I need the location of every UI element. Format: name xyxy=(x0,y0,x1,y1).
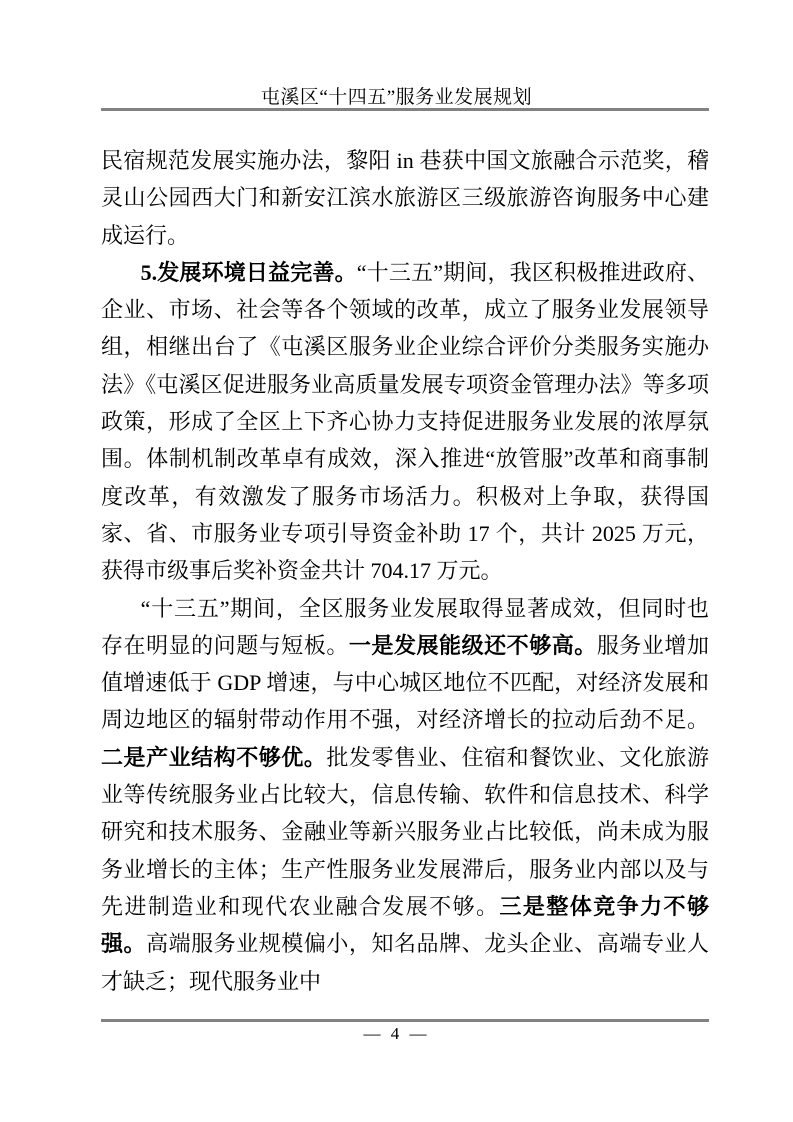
text-run: “十三五”期间，我区积极推进政府、企业、市场、社会等各个领域的改革，成立了服务业… xyxy=(101,260,709,583)
document-page: 屯溪区“十四五”服务业发展规划 民宿规范发展实施办法，黎阳 in 巷获中国文旅融… xyxy=(0,0,793,1122)
text-run: 批发零售业、住宿和餐饮业、文化旅游业等传统服务业占比较大，信息传输、软件和信息技… xyxy=(101,745,709,919)
bold-run: 5.发展环境日益完善。 xyxy=(141,260,357,285)
page-number: — 4 — xyxy=(0,1024,793,1044)
header-rule xyxy=(101,108,709,111)
text-run: 民宿规范发展实施办法，黎阳 in 巷获中国文旅融合示范奖，稽灵山公园西大门和新安… xyxy=(101,148,709,248)
document-body: 民宿规范发展实施办法，黎阳 in 巷获中国文旅融合示范奖，稽灵山公园西大门和新安… xyxy=(101,142,709,1000)
text-run: 高端服务业规模偏小，知名品牌、龙头企业、高端专业人才缺乏；现代服务业中 xyxy=(101,931,709,993)
bold-run: 一是发展能级还不够高。 xyxy=(349,633,597,658)
footer-rule xyxy=(101,1019,709,1022)
page-header-title: 屯溪区“十四五”服务业发展规划 xyxy=(0,82,793,109)
paragraph: “十三五”期间，全区服务业发展取得显著成效，但同时也存在明显的问题与短板。一是发… xyxy=(101,590,709,1000)
paragraph: 5.发展环境日益完善。“十三五”期间，我区积极推进政府、企业、市场、社会等各个领… xyxy=(101,254,709,590)
paragraph: 民宿规范发展实施办法，黎阳 in 巷获中国文旅融合示范奖，稽灵山公园西大门和新安… xyxy=(101,142,709,254)
bold-run: 二是产业结构不够优。 xyxy=(101,745,326,770)
